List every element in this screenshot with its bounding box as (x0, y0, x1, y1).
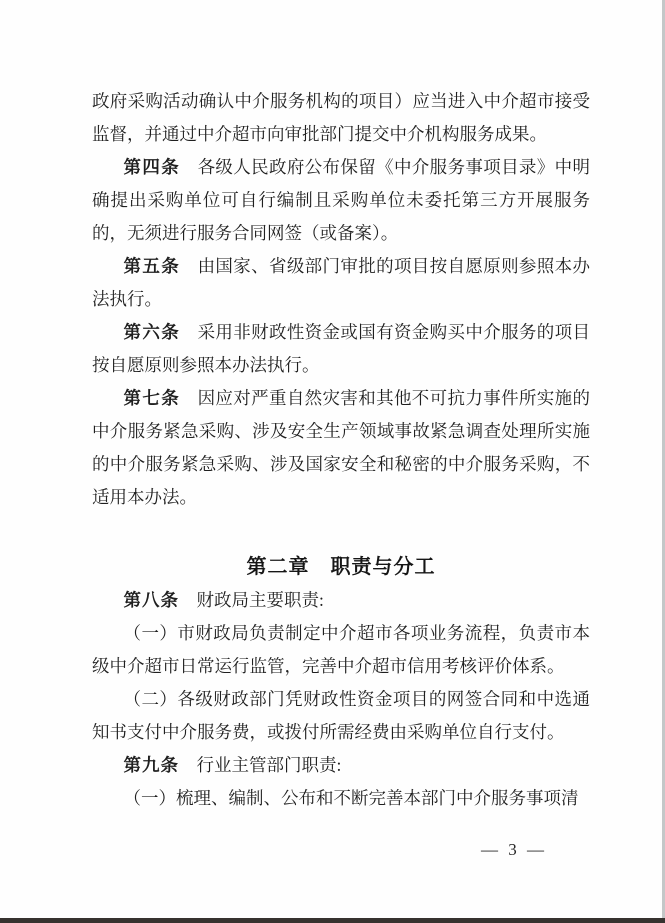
article-number: 第六条 (124, 322, 181, 342)
paragraph: 第六条采用非财政性资金或国有资金购买中介服务的项目按自愿原则参照本办法执行。 (92, 316, 590, 382)
paragraph: 第五条由国家、省级部门审批的项目按自愿原则参照本办法执行。 (92, 250, 590, 316)
page-number: — 3 — (481, 840, 547, 860)
paragraph-text: （一）梳理、编制、公布和不断完善本部门中介服务事项清 (124, 788, 579, 808)
chapter-heading: 第二章 职责与分工 (92, 551, 590, 584)
paragraph-text: 行业主管部门职责: (197, 755, 342, 775)
paragraph: 第七条因应对严重自然灾害和其他不可抗力事件所实施的中介服务紧急采购、涉及安全生产… (92, 382, 590, 514)
article-number: 第五条 (124, 256, 181, 276)
chapter-heading-text: 第二章 职责与分工 (247, 556, 436, 578)
paragraph: 第九条行业主管部门职责: (92, 749, 590, 782)
article-number: 第七条 (124, 388, 181, 408)
scan-edge-bottom (0, 918, 665, 923)
paragraph: （一）市财政局负责制定中介超市各项业务流程，负责市本级中介超市日常运行监管，完善… (92, 617, 590, 683)
paragraph-text: 政府采购活动确认中介服务机构的项目）应当进入中介超市接受监督，并通过中介超市向审… (92, 91, 590, 144)
paragraph-text: （二）各级财政部门凭财政性资金项目的网签合同和中选通知书支付中介服务费，或拨付所… (92, 689, 590, 742)
paragraph: 第八条财政局主要职责: (92, 584, 590, 617)
paragraph: （一）梳理、编制、公布和不断完善本部门中介服务事项清 (92, 782, 590, 815)
article-number: 第四条 (124, 157, 181, 177)
article-number: 第八条 (124, 590, 180, 610)
document-content: 政府采购活动确认中介服务机构的项目）应当进入中介超市接受监督，并通过中介超市向审… (92, 85, 590, 815)
document-page: 政府采购活动确认中介服务机构的项目）应当进入中介超市接受监督，并通过中介超市向审… (0, 0, 665, 923)
paragraph-text: （一）市财政局负责制定中介超市各项业务流程，负责市本级中介超市日常运行监管，完善… (92, 623, 590, 676)
article-number: 第九条 (124, 755, 180, 775)
paragraph-text: 财政局主要职责: (197, 590, 324, 610)
paragraph: 第四条各级人民政府公布保留《中介服务事项目录》中明确提出采购单位可自行编制且采购… (92, 151, 590, 250)
paragraph: 政府采购活动确认中介服务机构的项目）应当进入中介超市接受监督，并通过中介超市向审… (92, 85, 590, 151)
paragraph: （二）各级财政部门凭财政性资金项目的网签合同和中选通知书支付中介服务费，或拨付所… (92, 683, 590, 749)
